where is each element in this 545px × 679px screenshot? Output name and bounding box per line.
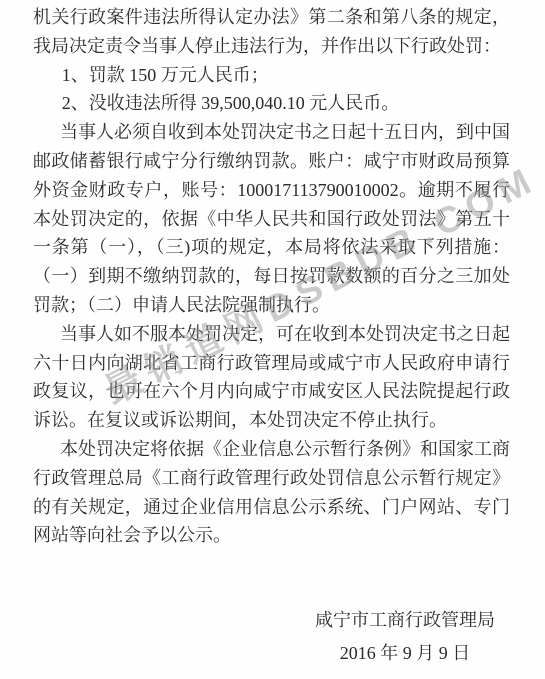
document-body: 机关行政案件违法所得认定办法》第二条和第八条的规定，我局决定责令当事人停止违法行… bbox=[33, 3, 510, 550]
penalty-decision-document: 机关行政案件违法所得认定办法》第二条和第八条的规定，我局决定责令当事人停止违法行… bbox=[0, 0, 545, 679]
appeal-rights-paragraph: 当事人如不服本处罚决定，可在收到本处罚决定书之日起六十日内向湖北省工商行政管理局… bbox=[33, 320, 510, 435]
issue-date: 2016 年 9 月 9 日 bbox=[315, 637, 495, 670]
issuing-agency: 咸宁市工商行政管理局 bbox=[315, 604, 495, 637]
signature-block: 咸宁市工商行政管理局 2016 年 9 月 9 日 bbox=[315, 604, 495, 670]
payment-instructions-paragraph: 当事人必须自收到本处罚决定书之日起十五日内，到中国邮政储蓄银行咸宁分行缴纳罚款。… bbox=[33, 118, 510, 320]
publicity-paragraph: 本处罚决定将依据《企业信息公示暂行条例》和国家工商行政管理总局《工商行政管理行政… bbox=[33, 435, 510, 550]
penalty-item-fine: 1、罚款 150 万元人民币； bbox=[33, 61, 510, 90]
continuation-paragraph: 机关行政案件违法所得认定办法》第二条和第八条的规定，我局决定责令当事人停止违法行… bbox=[33, 3, 510, 61]
penalty-item-confiscation: 2、没收违法所得 39,500,040.10 元人民币。 bbox=[33, 89, 510, 118]
